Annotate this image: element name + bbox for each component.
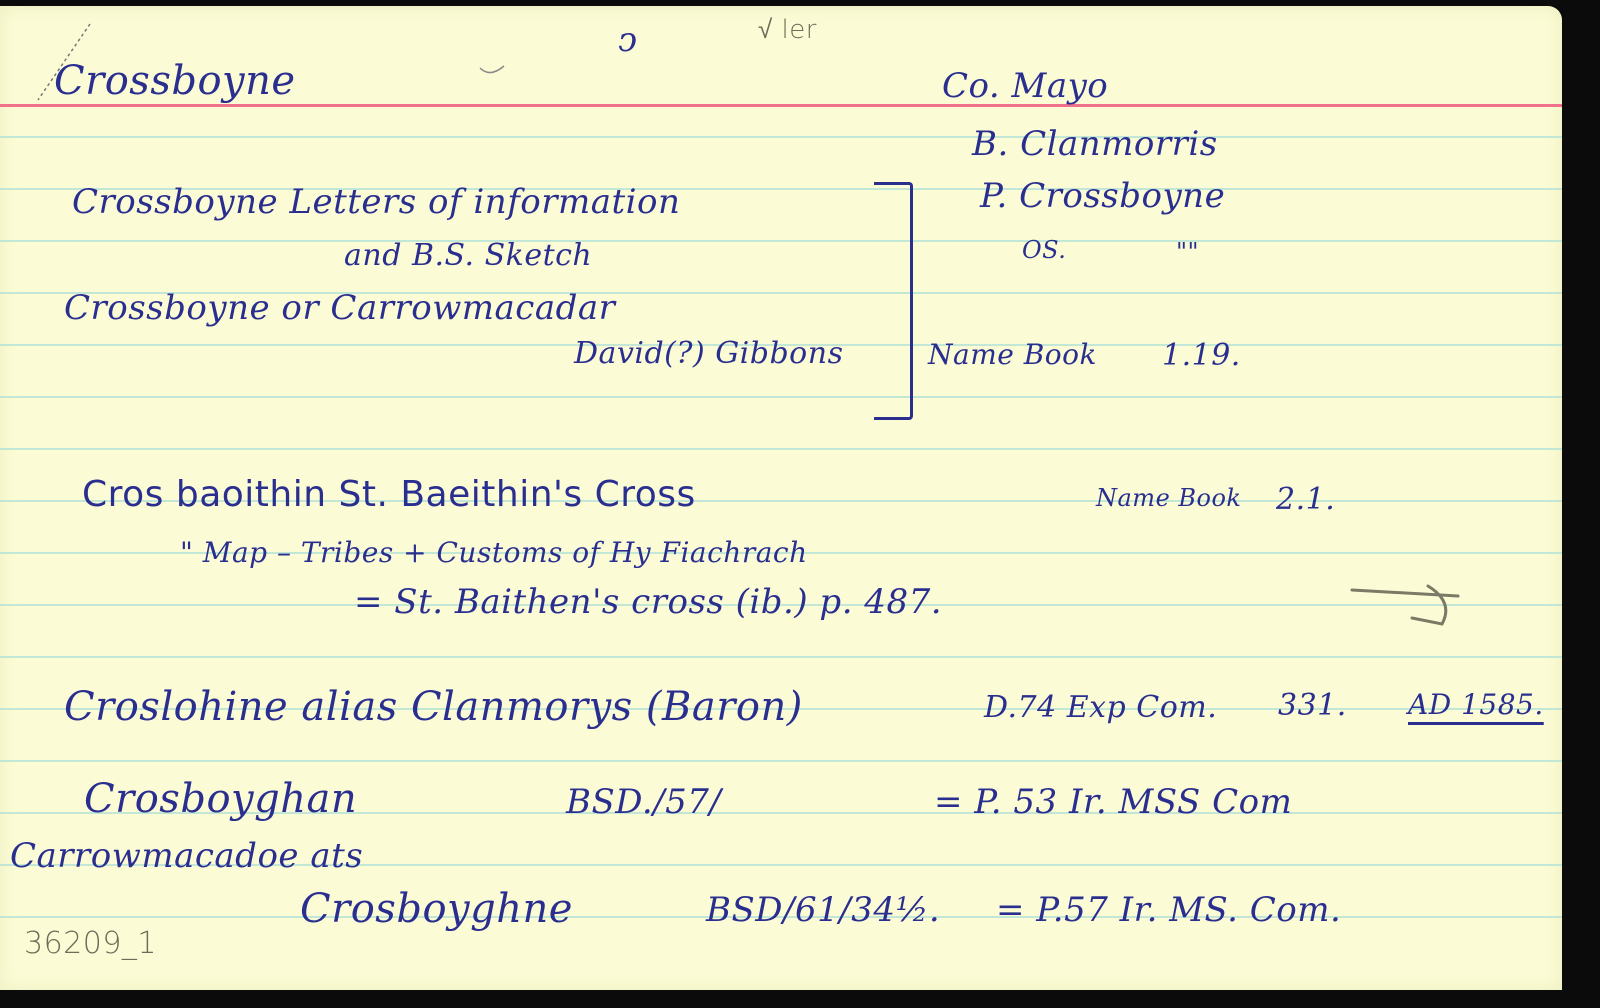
- os-ditto-mark: "": [1176, 238, 1199, 266]
- entry-4-equivalent: = P. 53 Ir. MSS Com: [934, 782, 1292, 822]
- entry-1-ref: 1.19.: [1162, 338, 1241, 373]
- top-symbol-mark: ↄ: [618, 20, 638, 60]
- catalog-number: 36209_1: [24, 926, 157, 961]
- entry-1-bracket: [874, 182, 913, 420]
- entry-3-source: D.74 Exp Com.: [984, 690, 1217, 725]
- entry-3-ref: 331.: [1278, 688, 1347, 723]
- rule-line: [0, 136, 1562, 138]
- rule-line: [0, 396, 1562, 398]
- entry-4-ref: BSD./57/: [566, 782, 721, 822]
- entry-1-line-3: Crossboyne or Carrowmacadar: [64, 288, 615, 328]
- entry-1-line-4: David(?) Gibbons: [574, 336, 843, 371]
- entry-1-line-1: Crossboyne Letters of information: [72, 182, 680, 222]
- rule-line: [0, 448, 1562, 450]
- rule-line: [0, 240, 1562, 242]
- entry-2-line-3: = St. Baithen's cross (ib.) p. 487.: [354, 582, 942, 622]
- header-red-rule: [0, 104, 1562, 107]
- pencil-tick-note: √ ler: [758, 14, 817, 45]
- entry-3-text: Croslohine alias Clanmorys (Baron): [64, 684, 803, 730]
- pencil-arrow-icon: [1350, 584, 1470, 634]
- entry-5-text: Crosboyghne: [300, 886, 573, 932]
- barony-label: B. Clanmorris: [972, 124, 1218, 164]
- headword: Crossboyne: [54, 58, 296, 104]
- entry-5-ref: BSD/61/34½.: [706, 890, 940, 930]
- entry-1-line-2: and B.S. Sketch: [344, 238, 592, 273]
- pencil-tick-icon: [478, 64, 508, 84]
- rule-line: [0, 760, 1562, 762]
- entry-3-date: AD 1585.: [1408, 688, 1544, 721]
- rule-line: [0, 656, 1562, 658]
- entry-2-ref: 2.1.: [1276, 482, 1335, 517]
- entry-5-prefix: Carrowmacadoe ats: [10, 836, 363, 876]
- entry-2-line-2: " Map – Tribes + Customs of Hy Fiachrach: [180, 536, 808, 569]
- parish-label: P. Crossboyne: [980, 176, 1225, 216]
- entry-2-source: Name Book: [1096, 484, 1241, 512]
- county-label: Co. Mayo: [942, 66, 1108, 106]
- index-card: Crossboyne ↄ √ ler Co. Mayo B. Clanmorri…: [0, 6, 1562, 990]
- os-label: OS.: [1022, 236, 1066, 264]
- entry-5-equivalent: = P.57 Ir. MS. Com.: [996, 890, 1341, 930]
- entry-1-source: Name Book: [928, 338, 1097, 371]
- entry-4-text: Crosboyghan: [84, 776, 357, 822]
- entry-2-line-1: Cros baoithin St. Baeithin's Cross: [82, 474, 696, 515]
